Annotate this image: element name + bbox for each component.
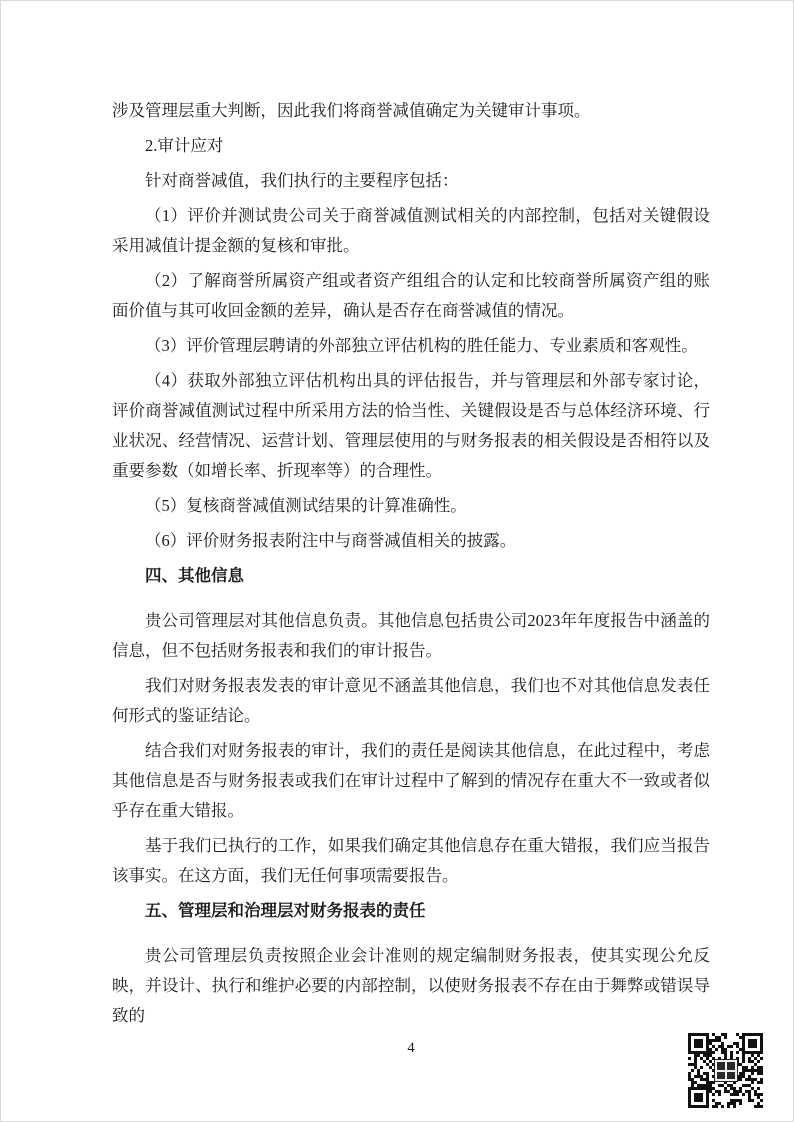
- paragraph: （4）获取外部独立评估机构出具的评估报告，并与管理层和外部专家讨论，评价商誉减值…: [112, 366, 710, 486]
- paragraph: 涉及管理层重大判断，因此我们将商誉减值确定为关键审计事项。: [112, 96, 710, 126]
- paragraph: 结合我们对财务报表的审计，我们的责任是阅读其他信息，在此过程中，考虑其他信息是否…: [112, 736, 710, 826]
- qr-code-icon: [688, 1033, 763, 1108]
- paragraph: 基于我们已执行的工作，如果我们确定其他信息存在重大错报，我们应当报告该事实。在这…: [112, 831, 710, 891]
- section-heading-other-information: 四、其他信息: [112, 561, 710, 591]
- paragraph: （3）评价管理层聘请的外部独立评估机构的胜任能力、专业素质和客观性。: [112, 331, 710, 361]
- paragraph: 贵公司管理层对其他信息负责。其他信息包括贵公司2023年年度报告中涵盖的信息，但…: [112, 606, 710, 666]
- paragraph: （6）评价财务报表附注中与商誉减值相关的披露。: [112, 526, 710, 556]
- page-number: 4: [112, 1038, 710, 1058]
- document-body: 涉及管理层重大判断，因此我们将商誉减值确定为关键审计事项。 2.审计应对 针对商…: [112, 0, 710, 1036]
- paragraph: （2）了解商誉所属资产组或者资产组组合的认定和比较商誉所属资产组的账面价值与其可…: [112, 266, 710, 326]
- paragraph: 针对商誉减值，我们执行的主要程序包括：: [112, 166, 710, 196]
- paragraph: （5）复核商誉减值测试结果的计算准确性。: [112, 491, 710, 521]
- paragraph: 我们对财务报表发表的审计意见不涵盖其他信息，我们也不对其他信息发表任何形式的鉴证…: [112, 671, 710, 731]
- paragraph: 2.审计应对: [112, 131, 710, 161]
- document-page: 涉及管理层重大判断，因此我们将商誉减值确定为关键审计事项。 2.审计应对 针对商…: [0, 0, 794, 1122]
- qr-code-center-logo: [714, 1059, 738, 1082]
- section-heading-management-responsibility: 五、管理层和治理层对财务报表的责任: [112, 896, 710, 926]
- paragraph: 贵公司管理层负责按照企业会计准则的规定编制财务报表，使其实现公允反映，并设计、执…: [112, 941, 710, 1031]
- paragraph: （1）评价并测试贵公司关于商誉减值测试相关的内部控制，包括对关键假设采用减值计提…: [112, 201, 710, 261]
